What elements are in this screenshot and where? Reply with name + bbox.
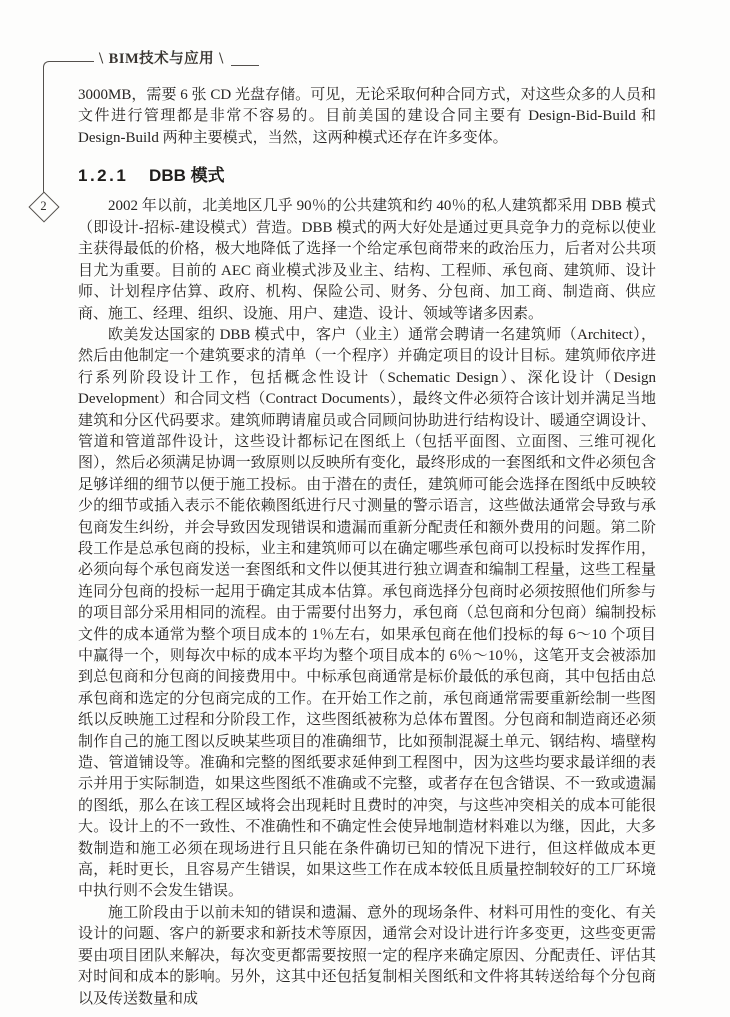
body-paragraph: 欧美发达国家的 DBB 模式中，客户（业主）通常会聘请一名建筑师（Archite… bbox=[78, 325, 656, 903]
body-paragraph: 施工阶段由于以前未知的错误和遗漏、意外的现场条件、材料可用性的变化、有关设计的问… bbox=[78, 903, 656, 1010]
running-header: \ BIM技术与应用 \ bbox=[94, 47, 259, 68]
backslash-ornament-left-icon: \ bbox=[94, 50, 109, 70]
header-tail-rule bbox=[231, 65, 259, 66]
body-paragraph: 2002 年以前，北美地区几乎 90％的公共建筑和约 40％的私人建筑都采用 D… bbox=[78, 196, 656, 324]
book-page: \ BIM技术与应用 \ 2 3000MB，需要 6 张 CD 光盘存储。可见，… bbox=[0, 0, 730, 1017]
body-text-block: 3000MB，需要 6 张 CD 光盘存储。可见，无论采取何种合同方式，对这些众… bbox=[78, 85, 656, 1010]
section-number: 1.2.1 bbox=[78, 166, 128, 185]
page-number-badge: 2 bbox=[28, 191, 59, 222]
running-title: BIM技术与应用 bbox=[109, 47, 215, 68]
section-title: DBB 模式 bbox=[149, 166, 225, 185]
backslash-ornament-right-icon: \ bbox=[214, 50, 229, 70]
section-heading: 1.2.1 DBB 模式 bbox=[78, 165, 656, 186]
paragraph-continuation: 3000MB，需要 6 张 CD 光盘存储。可见，无论采取何种合同方式，对这些众… bbox=[78, 85, 656, 149]
page-number: 2 bbox=[40, 200, 46, 213]
